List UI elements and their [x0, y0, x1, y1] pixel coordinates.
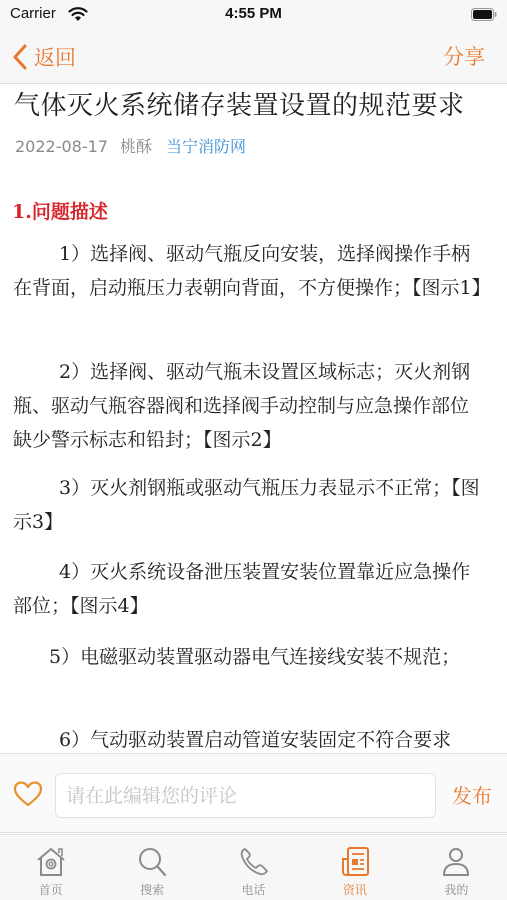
- paragraph-number: 2）: [59, 361, 90, 383]
- article-content[interactable]: 气体灭火系统储存装置设置的规范要求 2022-08-17桃酥当宁消防网 1.问题…: [0, 85, 507, 753]
- comment-bar: 发布: [0, 753, 507, 833]
- search-icon: [135, 845, 169, 879]
- news-icon: [338, 845, 372, 879]
- battery-icon: [471, 8, 497, 21]
- tab-label: 资讯: [343, 881, 367, 898]
- tab-search[interactable]: 搜索: [101, 835, 202, 900]
- share-button[interactable]: 分享: [443, 42, 485, 72]
- paragraph-number: 5）: [49, 646, 80, 668]
- tab-label: 我的: [444, 881, 468, 898]
- tab-home[interactable]: 首页: [0, 835, 101, 900]
- article-paragraph-2: 2）选择阀、驱动气瓶未设置区域标志；灭火剂钢瓶、驱动气瓶容器阀和选择阀手动控制与…: [13, 355, 483, 457]
- tab-news[interactable]: 资讯: [304, 835, 405, 900]
- tab-label: 电话: [242, 881, 266, 898]
- section-heading: 1.问题描述: [12, 197, 108, 224]
- status-bar: Carrier 4:55 PM: [0, 0, 507, 30]
- article-title: 气体灭火系统储存装置设置的规范要求: [14, 85, 465, 122]
- source-link[interactable]: 当宁消防网: [166, 137, 246, 156]
- article-meta: 2022-08-17桃酥当宁消防网: [15, 134, 246, 157]
- phone-icon: [237, 845, 271, 879]
- article-paragraph-1: 1）选择阀、驱动气瓶反向安装，选择阀操作手柄在背面，启动瓶压力表朝向背面，不方便…: [13, 237, 483, 305]
- tab-phone[interactable]: 电话: [203, 835, 304, 900]
- publish-date: 2022-08-17: [15, 137, 108, 156]
- paragraph-number: 4）: [59, 561, 90, 583]
- heart-icon[interactable]: [13, 780, 43, 808]
- navigation-bar: 返回 分享: [0, 30, 507, 84]
- user-icon: [439, 845, 473, 879]
- paragraph-number: 1）: [59, 243, 90, 265]
- article-paragraph-5: 5）电磁驱动装置驱动器电气连接线安装不规范；: [13, 640, 483, 674]
- chevron-left-icon: [12, 44, 28, 70]
- tab-bar: 首页 搜索 电话 资讯 我的: [0, 834, 507, 900]
- paragraph-text: 气动驱动装置启动管道安装固定不符合要求: [90, 729, 451, 751]
- comment-input[interactable]: [55, 773, 436, 818]
- home-icon: [34, 845, 68, 879]
- tab-profile[interactable]: 我的: [406, 835, 507, 900]
- tab-label: 首页: [39, 881, 63, 898]
- article-paragraph-3: 3）灭火剂钢瓶或驱动气瓶压力表显示不正常；【图示3】: [13, 471, 483, 539]
- back-button[interactable]: 返回: [12, 42, 76, 72]
- clock: 4:55 PM: [0, 5, 507, 22]
- publish-button[interactable]: 发布: [452, 780, 492, 809]
- tab-label: 搜索: [140, 881, 164, 898]
- article-paragraph-4: 4）灭火系统设备泄压装置安装位置靠近应急操作部位；【图示4】: [13, 555, 483, 623]
- paragraph-number: 6）: [59, 729, 90, 751]
- author-name: 桃酥: [120, 137, 152, 156]
- paragraph-text: 电磁驱动装置驱动器电气连接线安装不规范；: [80, 646, 460, 668]
- article-paragraph-6: 6）气动驱动装置启动管道安装固定不符合要求: [13, 723, 483, 753]
- back-label: 返回: [34, 42, 76, 72]
- paragraph-number: 3）: [59, 477, 90, 499]
